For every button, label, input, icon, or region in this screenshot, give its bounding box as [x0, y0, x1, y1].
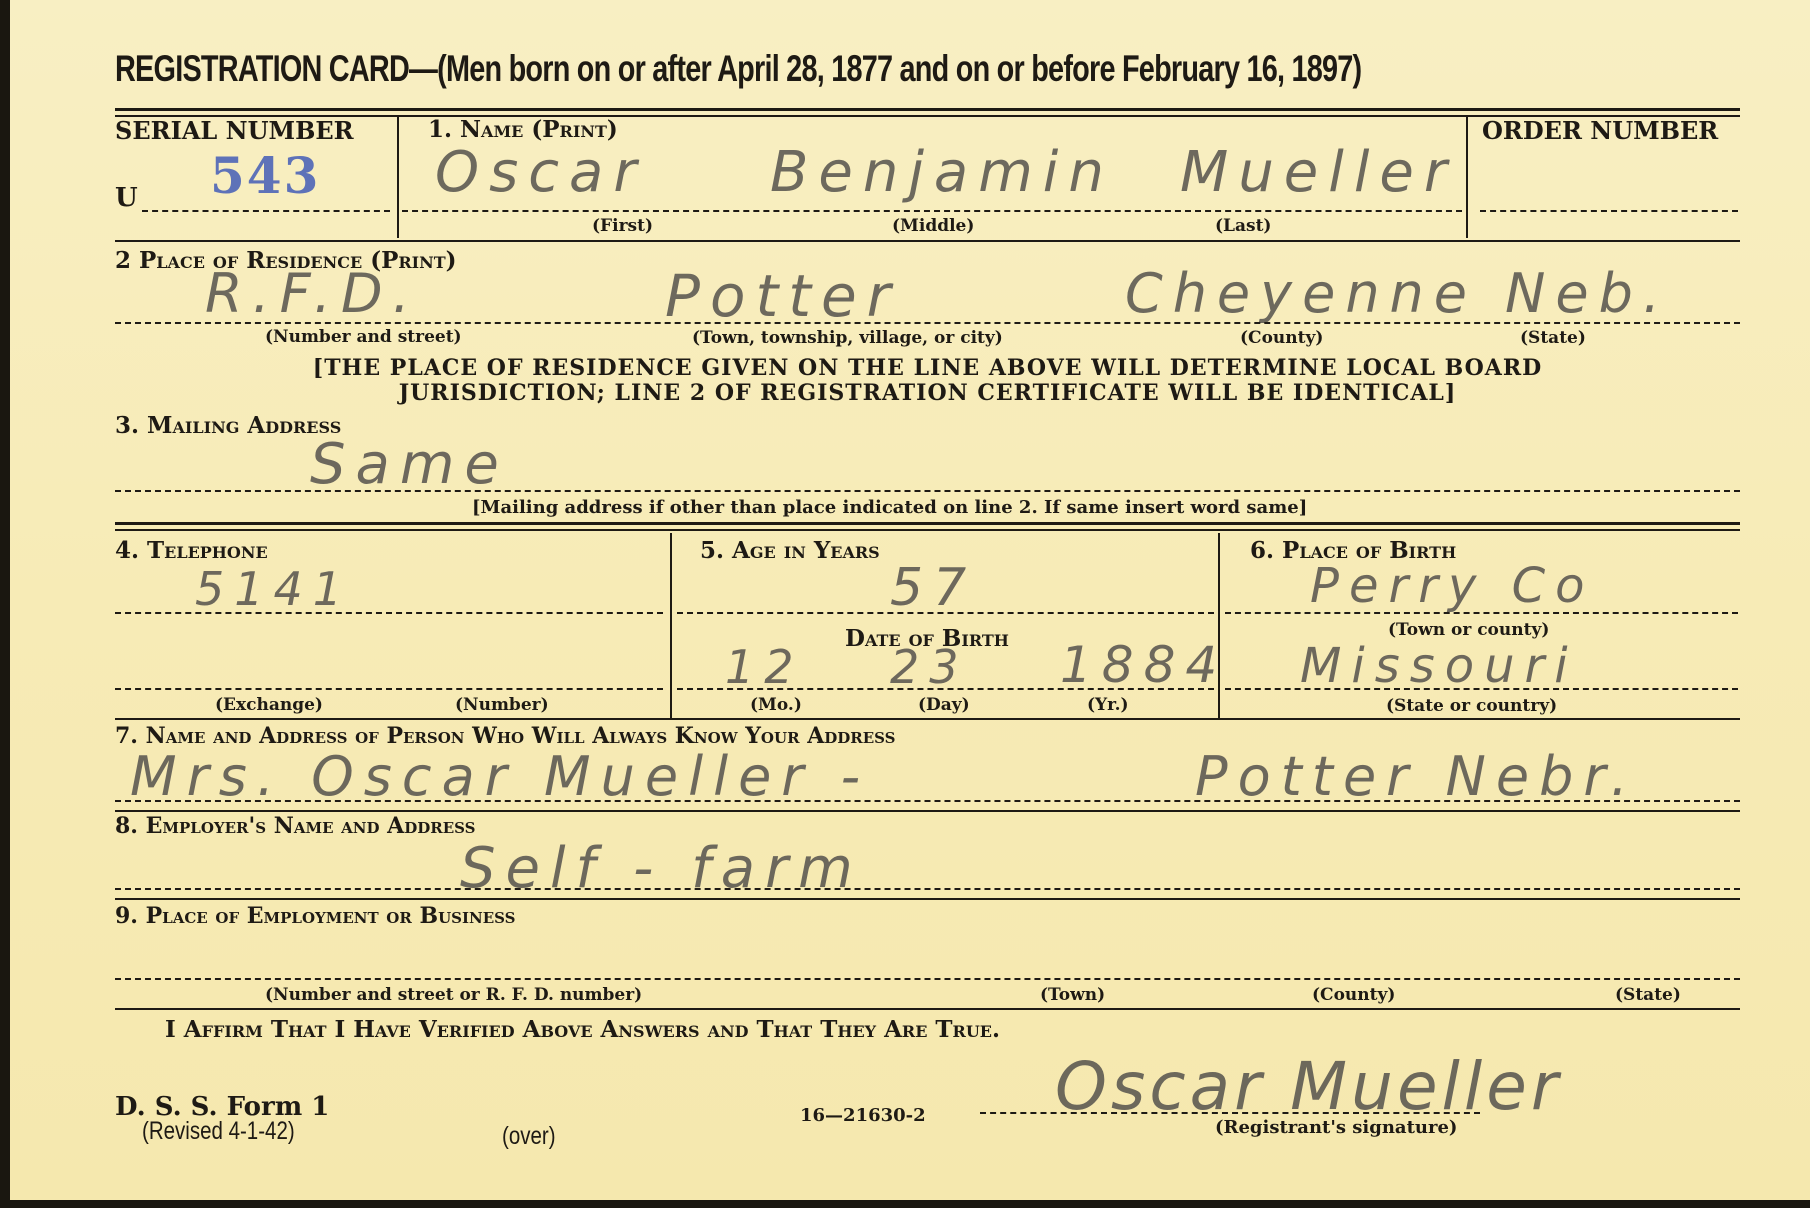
employer-value: Self - farm: [460, 836, 863, 901]
serial-number-label: SERIAL NUMBER: [115, 116, 354, 145]
contact-address-value: Potter Nebr.: [1195, 745, 1638, 808]
employment-place-line: [115, 978, 1740, 980]
serial-number-value: 543: [210, 146, 320, 205]
residence-county-value: Cheyenne: [1125, 262, 1477, 325]
order-number-label: ORDER NUMBER: [1482, 116, 1718, 145]
mailing-address-line: [115, 490, 1740, 492]
rule: [115, 898, 1740, 900]
birthplace-state-value: Missouri: [1300, 638, 1578, 694]
rule: [115, 240, 1740, 242]
birthplace-state-line: [1225, 688, 1738, 690]
affirmation-text: I Affirm That I Have Verified Above Answ…: [165, 1016, 1000, 1043]
name-middle-caption: (Middle): [892, 216, 974, 236]
divider: [1466, 115, 1468, 238]
telephone-label: 4. Telephone: [115, 537, 268, 564]
dob-year-value: 1884: [1060, 636, 1227, 694]
name-line: [402, 210, 1462, 212]
residence-line: [115, 322, 1740, 324]
employer-label: 8. Employer's Name and Address: [115, 813, 476, 839]
registration-card: REGISTRATION CARD—(Men born on or after …: [0, 0, 1810, 1208]
divider: [397, 115, 399, 238]
divider: [1218, 533, 1220, 718]
serial-prefix: U: [115, 183, 138, 213]
age-label: 5. Age in Years: [700, 537, 880, 564]
residence-street-caption: (Number and street): [265, 327, 462, 347]
mailing-address-caption: [Mailing address if other than place ind…: [472, 497, 1307, 518]
card-title: REGISTRATION CARD—(Men born on or after …: [115, 48, 1361, 90]
dob-day-value: 23: [890, 640, 969, 694]
residence-state-caption: (State): [1520, 328, 1586, 348]
residence-county-caption: (County): [1240, 328, 1323, 348]
rule: [115, 810, 1740, 812]
serial-number-line: [142, 210, 390, 212]
name-label: 1. Name (Print): [428, 116, 618, 143]
mailing-address-value: Same: [310, 432, 509, 497]
employment-town-caption: (Town): [1040, 985, 1105, 1005]
telephone-number-caption: (Number): [455, 695, 549, 715]
contact-name-value: Mrs. Oscar Mueller -: [130, 745, 870, 808]
residence-state-value: Neb.: [1505, 262, 1670, 325]
employment-county-caption: (County): [1312, 985, 1395, 1005]
birthplace-town-value: Perry Co: [1310, 558, 1595, 614]
form-revised: (Revised 4-1-42): [142, 1117, 295, 1146]
order-number-line: [1480, 210, 1738, 212]
employment-place-label: 9. Place of Employment or Business: [115, 903, 516, 929]
dob-month-value: 12: [725, 640, 804, 694]
residence-town-caption: (Town, township, village, or city): [692, 328, 1003, 348]
residence-notice-line-2: JURISDICTION; LINE 2 OF REGISTRATION CER…: [115, 380, 1740, 406]
signature-line: [980, 1112, 1480, 1114]
employment-state-caption: (State): [1615, 985, 1681, 1005]
over-note: (over): [502, 1122, 556, 1151]
employer-line: [115, 888, 1740, 890]
divider: [670, 533, 672, 718]
name-last-value: Mueller: [1180, 140, 1457, 205]
telephone-line-2: [115, 688, 663, 690]
rule: [115, 718, 1740, 720]
telephone-line-1: [115, 612, 663, 614]
age-line: [677, 612, 1214, 614]
name-first-caption: (First): [592, 216, 653, 236]
birthplace-town-line: [1225, 612, 1738, 614]
name-middle-value: Benjamin: [770, 140, 1114, 205]
dob-day-caption: (Day): [918, 695, 970, 715]
name-first-value: Oscar: [435, 140, 646, 205]
birthplace-town-caption: (Town or county): [1388, 620, 1549, 640]
contact-line: [115, 800, 1740, 802]
residence-street-value: R.F.D.: [205, 262, 420, 325]
name-last-caption: (Last): [1215, 216, 1271, 236]
print-code: 16—21630-2: [800, 1105, 926, 1126]
birthplace-state-caption: (State or country): [1386, 696, 1557, 716]
telephone-value: 5141: [195, 562, 352, 616]
double-rule: [115, 522, 1740, 531]
age-value: 57: [890, 558, 976, 618]
telephone-exchange-caption: (Exchange): [215, 695, 323, 715]
rule: [115, 1008, 1740, 1010]
mailing-address-label: 3. Mailing Address: [115, 412, 341, 439]
dob-line: [677, 688, 1214, 690]
employment-street-caption: (Number and street or R. F. D. number): [265, 985, 642, 1005]
dob-year-caption: (Yr.): [1087, 695, 1129, 715]
residence-notice-line-1: [THE PLACE OF RESIDENCE GIVEN ON THE LIN…: [115, 355, 1740, 381]
signature-caption: (Registrant's signature): [1215, 1117, 1457, 1138]
residence-town-value: Potter: [665, 262, 900, 330]
dob-month-caption: (Mo.): [750, 695, 802, 715]
